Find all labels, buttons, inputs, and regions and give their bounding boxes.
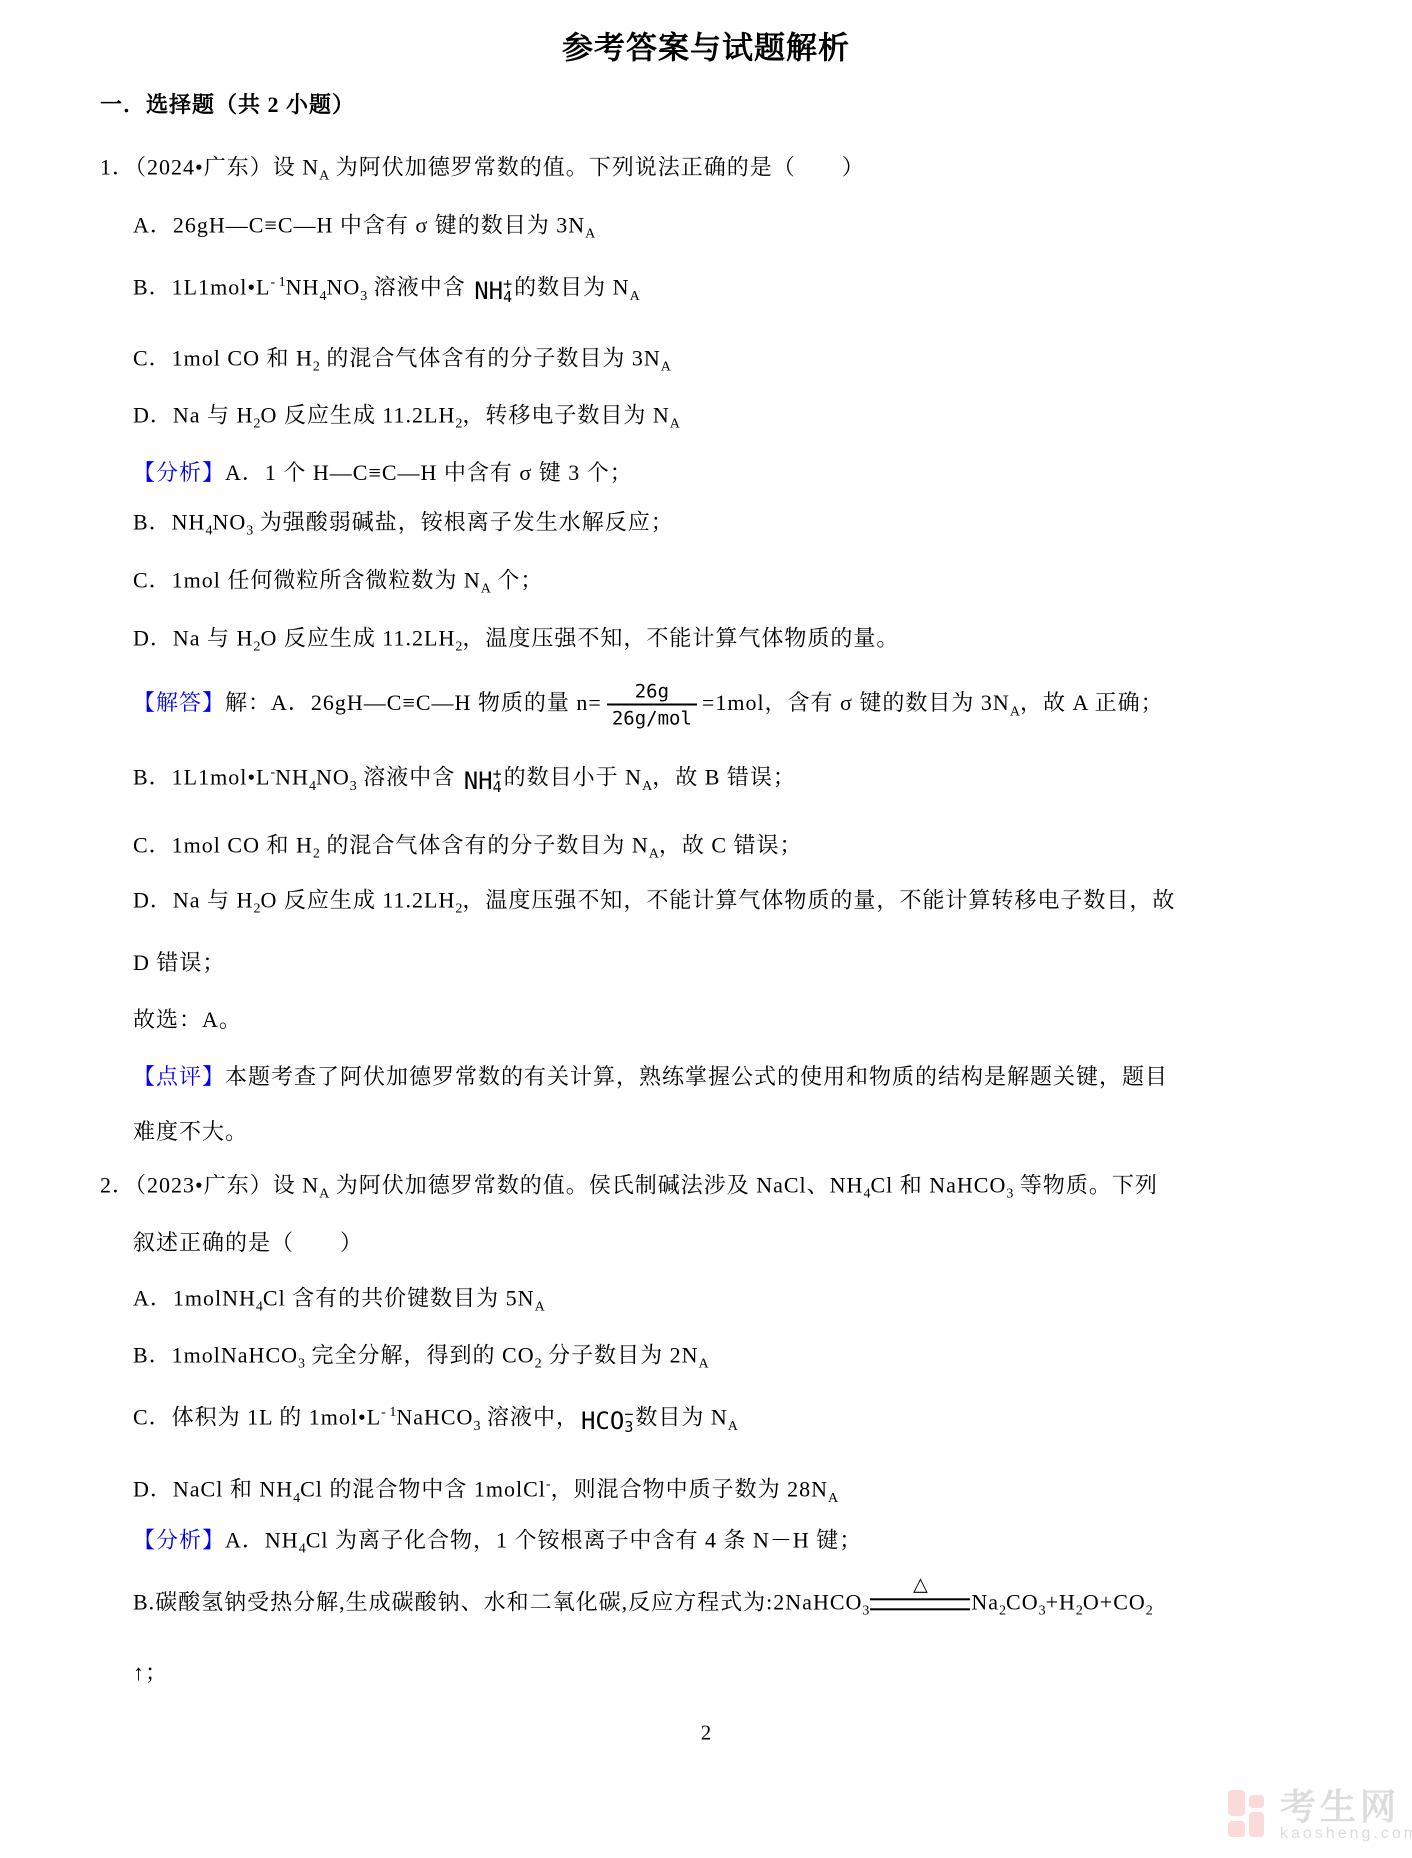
chem-charge-stack: −3 [624,1408,633,1434]
watermark-site-name: 考生网 [1280,1790,1412,1824]
subscript-text: 3 [1039,1604,1046,1619]
q1-comment-line2: 难度不大。 [133,1117,248,1147]
label-tag: 【分析】 [133,1527,225,1552]
chem-subscript: 3 [624,1421,633,1434]
subscript-text: 2 [999,1604,1006,1619]
chem-formula: NH+4 [464,766,502,796]
subscript-text: 3 [1006,1187,1013,1202]
fraction-denominator: 26g/mol [607,704,697,731]
q1-solution-d-line2: D 错误； [133,948,225,978]
q1-option-b: B．1L1mol•L- 1NH4NO3 溶液中含 NH+4的数目为 NA [133,268,640,312]
subscript-text: 2 [455,640,462,655]
supscript-text: - [546,1477,551,1492]
page-number: 2 [0,1721,1412,1746]
q1-analysis-d: D．Na 与 H2O 反应生成 11.2LH2，温度压强不知，不能计算气体物质的… [133,623,899,662]
subscript-text: A [698,1357,708,1372]
subscript-text: A [585,227,595,242]
subscript-text: 2 [1076,1604,1083,1619]
subscript-text: 4 [299,1542,306,1557]
q2-option-d: D．NaCl 和 NH4Cl 的混合物中含 1molCl-，则混合物中质子数为 … [133,1470,838,1514]
label-tag: 【分析】 [133,460,225,485]
subscript-text: A [828,1491,838,1506]
subscript-text: 3 [473,1419,480,1434]
subscript-text: 3 [298,1357,305,1372]
chem-charge-stack: +4 [503,278,512,304]
subscript-text: A [319,1187,329,1202]
section-heading: 一．选择题（共 2 小题） [100,90,355,120]
logo-block [1228,1821,1245,1837]
supscript-text: - 1 [270,275,285,290]
watermark-text: 考生网 kaosheng.com [1280,1790,1412,1843]
q1-analysis-a: 【分析】A．1 个 H—C≡C—H 中含有 σ 键 3 个； [133,458,633,488]
kaosheng-logo-icon [1228,1790,1270,1837]
subscript-text: 4 [863,1187,870,1202]
q1-solution-c: C．1mol CO 和 H2 的混合气体含有的分子数目为 NA，故 C 错误； [133,830,803,869]
watermark: 考生网 kaosheng.com [1228,1790,1412,1843]
subscript-text: 2 [455,902,462,917]
subscript-text: 2 [253,417,260,432]
subscript-text: A [642,779,652,794]
supscript-text: - [270,765,275,780]
q1-option-c: C．1mol CO 和 H2 的混合气体含有的分子数目为 3NA [133,343,671,382]
q1-option-d: D．Na 与 H2O 反应生成 11.2LH2，转移电子数目为 NA [133,400,680,439]
chem-base: NH [474,276,503,306]
subscript-text: A [670,417,680,432]
fraction: 26g26g/mol [607,680,697,731]
subscript-text: A [630,289,640,304]
subscript-text: A [319,169,329,184]
logo-block [1249,1795,1264,1808]
document-page: 参考答案与试题解析 一．选择题（共 2 小题）1．（2024•广东）设 NA 为… [0,0,1412,1858]
subscript-text: A [649,847,659,862]
q2-analysis-b-line2: ↑； [133,1658,168,1688]
subscript-text: 2 [313,360,320,375]
subscript-text: 2 [313,847,320,862]
subscript-text: 3 [350,779,357,794]
subscript-text: 4 [319,289,326,304]
q2-option-a: A．1molNH4Cl 含有的共价键数目为 5NA [133,1283,545,1322]
subscript-text: A [661,360,671,375]
subscript-text: A [535,1300,545,1315]
delta-heat-icon: △ [913,1570,928,1600]
reaction-condition-line: △ [870,1598,970,1610]
q2-option-b: B．1molNaHCO3 完全分解，得到的 CO2 分子数目为 2NA [133,1340,709,1379]
subscript-text: 3 [862,1604,869,1619]
chem-formula: HCO−3 [581,1406,633,1436]
q1-solution-b: B．1L1mol•L-NH4NO3 溶液中含 NH+4的数目小于 NA，故 B … [133,758,796,802]
subscript-text: 2 [253,902,260,917]
subscript-text: A [481,582,491,597]
chem-subscript: 4 [503,291,512,304]
chem-formula: NH+4 [474,276,512,306]
subscript-text: 3 [360,289,367,304]
page-title: 参考答案与试题解析 [0,23,1412,68]
subscript-text: A [1010,704,1020,719]
q1-solution-a: 【解答】解：A．26gH—C≡C—H 物质的量 n=26g26g/mol=1mo… [133,680,1164,731]
subscript-text: 4 [205,524,212,539]
q2-stem-line1: 2．（2023•广东）设 NA 为阿伏加德罗常数的值。侯氏制碱法涉及 NaCl、… [100,1170,1158,1209]
logo-block [1249,1812,1264,1837]
subscript-text: 2 [1146,1604,1153,1619]
chem-subscript: 4 [493,781,502,794]
q1-analysis-c: C．1mol 任何微粒所含微粒数为 NA 个； [133,565,543,604]
q1-answer: 故选：A。 [133,1005,242,1035]
subscript-text: 3 [246,524,253,539]
fraction-numerator: 26g [630,680,674,704]
subscript-text: 2 [535,1357,542,1372]
q2-analysis-a: 【分析】A．NH4Cl 为离子化合物，1 个铵根离子中含有 4 条 N－H 键； [133,1525,862,1564]
q1-solution-d-line1: D．Na 与 H2O 反应生成 11.2LH2，温度压强不知，不能计算气体物质的… [133,885,1175,924]
subscript-text: A [728,1419,738,1434]
supscript-text: - 1 [381,1405,396,1420]
chem-base: HCO [581,1406,624,1436]
logo-block [1228,1790,1245,1816]
subscript-text: 4 [309,779,316,794]
q2-stem-line2: 叙述正确的是（ ） [133,1228,363,1258]
subscript-text: 2 [253,640,260,655]
subscript-text: 2 [455,417,462,432]
q1-comment-line1: 【点评】本题考查了阿伏加德罗常数的有关计算，熟练掌握公式的使用和物质的结构是解题… [133,1062,1168,1092]
label-tag: 【解答】 [133,690,225,715]
q2-analysis-b-line1: B.碳酸氢钠受热分解,生成碳酸钠、水和二氧化碳,反应方程式为:2NaHCO3△N… [133,1587,1153,1626]
chem-charge-stack: +4 [493,768,502,794]
watermark-site-domain: kaosheng.com [1280,1825,1412,1843]
chem-base: NH [464,766,493,796]
q1-option-a: A．26gH—C≡C—H 中含有 σ 键的数目为 3NA [133,210,595,249]
q1-analysis-b: B．NH4NO3 为强酸弱碱盐，铵根离子发生水解反应； [133,507,674,546]
subscript-text: 4 [256,1300,263,1315]
label-tag: 【点评】 [133,1064,225,1089]
subscript-text: 4 [293,1491,300,1506]
q1-stem: 1．（2024•广东）设 NA 为阿伏加德罗常数的值。下列说法正确的是（ ） [100,152,865,191]
q2-option-c: C．体积为 1L 的 1mol•L- 1NaHCO3 溶液中，HCO−3数目为 … [133,1398,738,1442]
